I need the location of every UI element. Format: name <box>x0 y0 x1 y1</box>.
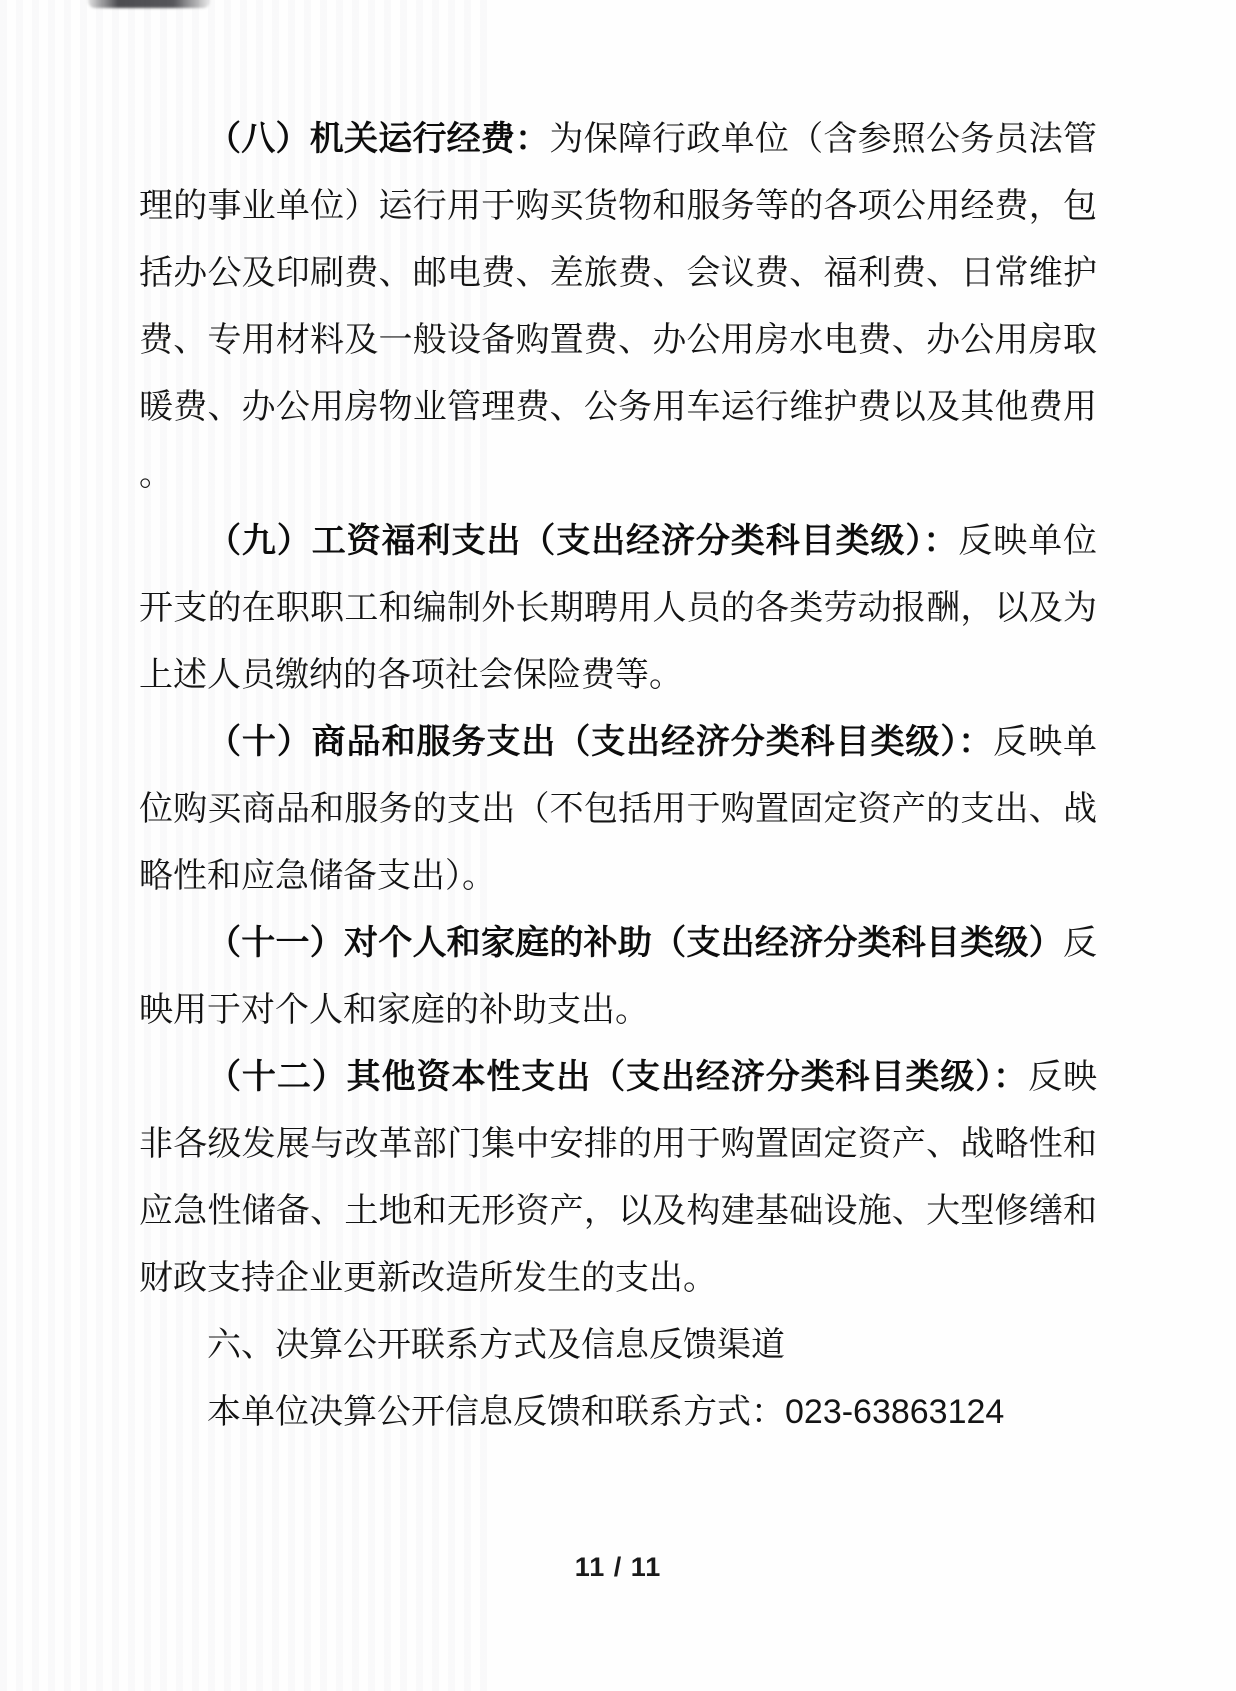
paragraph-lead: （十）商品和服务支出（支出经济分类科目类级）： <box>207 723 993 761</box>
document-page: （八）机关运行经费：为保障行政单位（含参照公务员法管理的事业单位）运行用于购买货… <box>0 0 1236 1691</box>
document-body: （八）机关运行经费：为保障行政单位（含参照公务员法管理的事业单位）运行用于购买货… <box>139 106 1097 1446</box>
paragraph-lead: （八）机关运行经费： <box>207 120 549 158</box>
page-number: 11 / 11 <box>575 1552 662 1582</box>
contact-line-text: 本单位决算公开信息反馈和联系方式：023-63863124 <box>207 1393 1004 1431</box>
page-footer: 11 / 11 <box>0 1552 1236 1583</box>
scan-smudge-artifact <box>88 0 210 8</box>
paragraph-lead: （十一）对个人和家庭的补助（支出经济分类科目类级） <box>207 924 1063 962</box>
section-heading: 六、决算公开联系方式及信息反馈渠道 <box>139 1312 1097 1379</box>
paragraph: （十二）其他资本性支出（支出经济分类科目类级）：反映非各级发展与改革部门集中安排… <box>139 1044 1097 1312</box>
paragraph: （九）工资福利支出（支出经济分类科目类级）：反映单位开支的在职职工和编制外长期聘… <box>139 508 1097 709</box>
paragraph-body: 为保障行政单位（含参照公务员法管理的事业单位）运行用于购买货物和服务等的各项公用… <box>139 120 1097 493</box>
section-heading-text: 六、决算公开联系方式及信息反馈渠道 <box>207 1326 785 1364</box>
contact-line: 本单位决算公开信息反馈和联系方式：023-63863124 <box>139 1379 1097 1446</box>
paragraph-lead: （九）工资福利支出（支出经济分类科目类级）： <box>207 522 958 560</box>
paragraph: （十一）对个人和家庭的补助（支出经济分类科目类级）反映用于对个人和家庭的补助支出… <box>139 910 1097 1044</box>
paragraph: （八）机关运行经费：为保障行政单位（含参照公务员法管理的事业单位）运行用于购买货… <box>139 106 1097 508</box>
paragraph: （十）商品和服务支出（支出经济分类科目类级）：反映单位购买商品和服务的支出（不包… <box>139 709 1097 910</box>
paragraph-lead: （十二）其他资本性支出（支出经济分类科目类级）： <box>207 1058 1028 1096</box>
